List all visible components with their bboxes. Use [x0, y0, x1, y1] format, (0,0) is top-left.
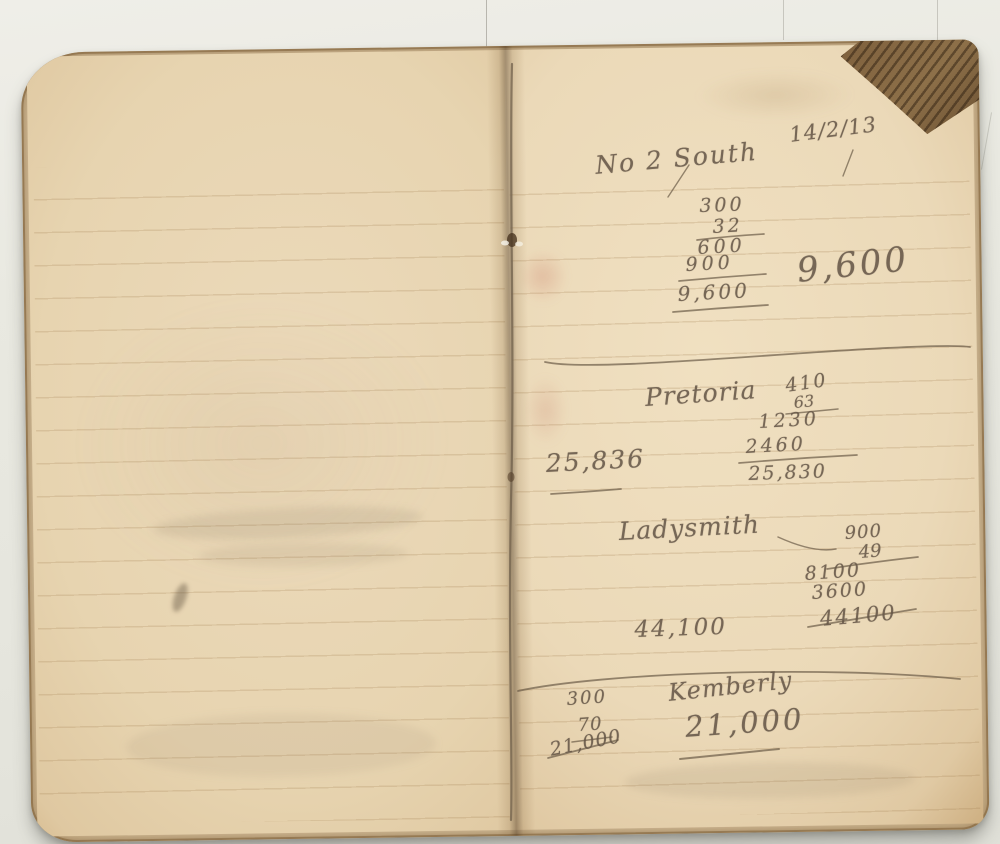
underline	[572, 737, 612, 742]
underline	[827, 557, 918, 569]
binding-stitch	[508, 472, 515, 482]
date-flourish	[843, 150, 853, 176]
heading-flourish	[778, 537, 836, 550]
underline	[551, 489, 621, 494]
underline	[548, 740, 618, 758]
photo-backdrop: 14/2/13 No 2 South 300 32 600 900 9,600 …	[0, 0, 1000, 844]
underline	[697, 234, 764, 240]
binding-stitch-thread	[515, 242, 523, 247]
section-divider	[518, 672, 960, 691]
gutter-crease-line	[510, 64, 512, 820]
heading-flourish	[668, 165, 689, 197]
underline	[808, 609, 916, 627]
section-divider	[545, 346, 970, 365]
underline	[786, 409, 838, 414]
binding-stitch-thread	[501, 241, 509, 246]
pencil-strokes	[0, 0, 1000, 844]
underline	[673, 305, 768, 312]
underline	[739, 455, 857, 463]
underline	[680, 749, 779, 759]
underline	[679, 274, 766, 281]
